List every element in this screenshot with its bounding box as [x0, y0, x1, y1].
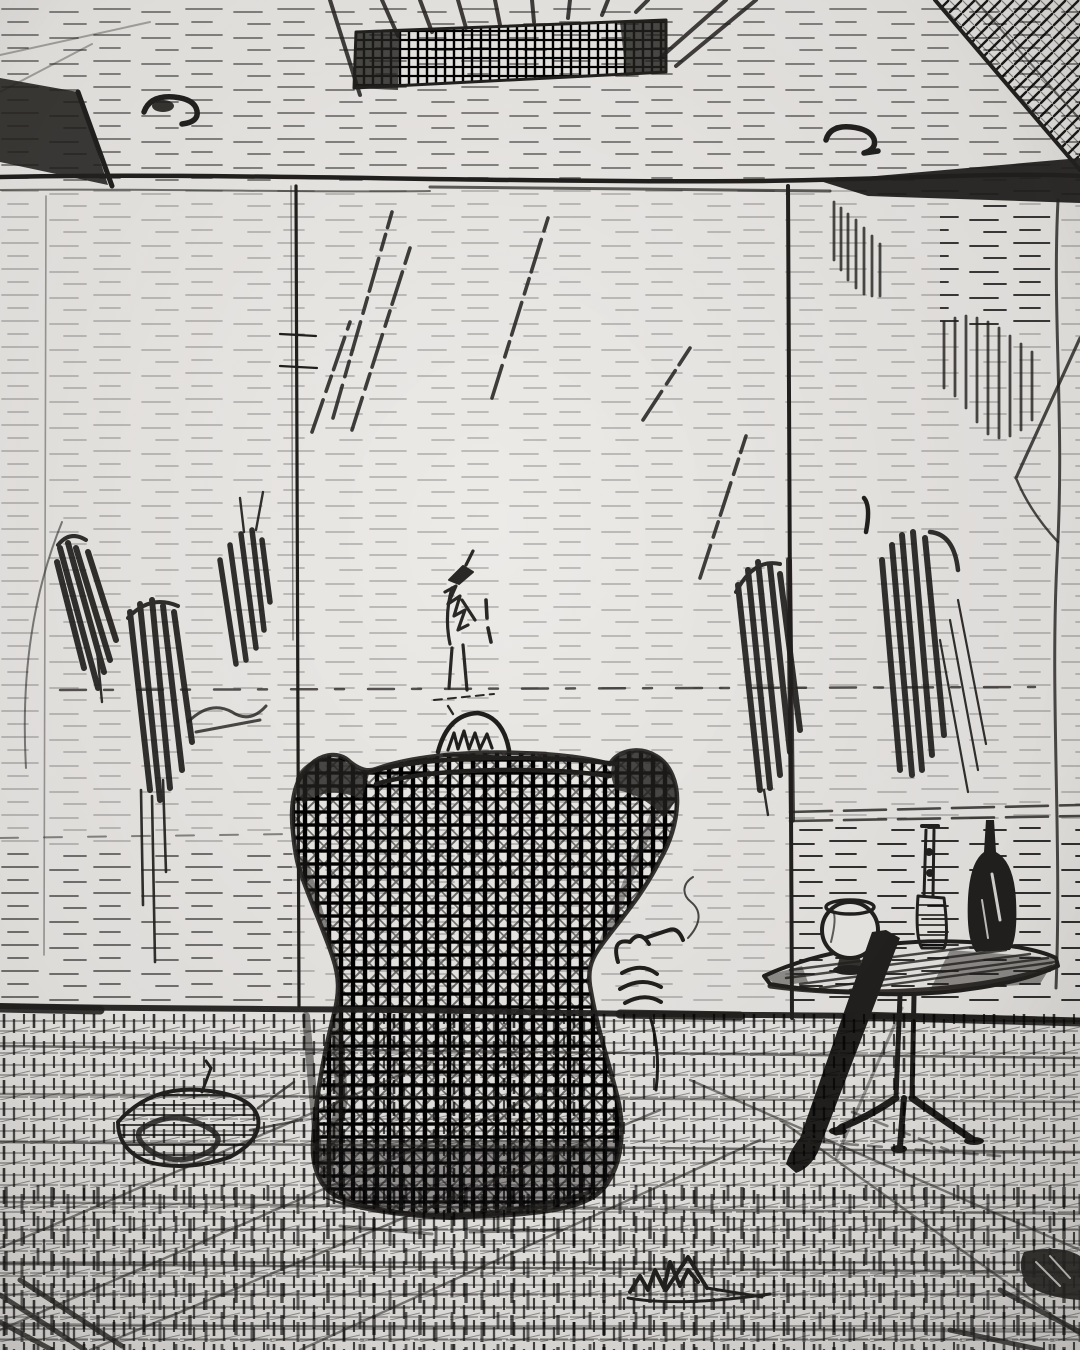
ink-sketch: Pen-and-ink sketch: wingback armchair se…	[0, 0, 1080, 1350]
sketch-photo: Pen-and-ink sketch: wingback armchair se…	[0, 0, 1080, 1350]
photo-vignette	[0, 0, 1080, 1350]
drawing-root	[0, 0, 1080, 1350]
